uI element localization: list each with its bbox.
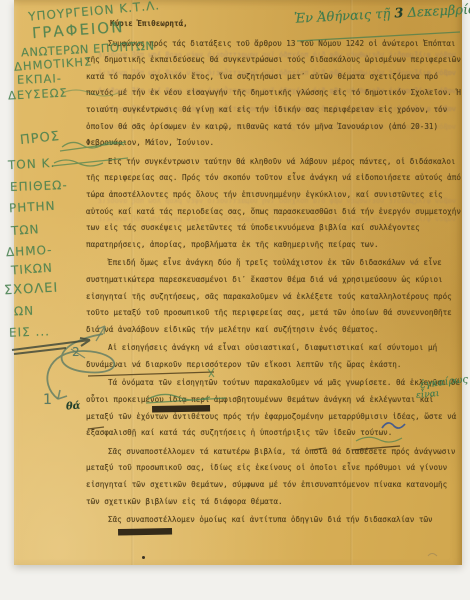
- handwritten-number-one: 1: [43, 392, 52, 408]
- paragraph-3: Ἐπειδή ὅμως εἶνε ἀνάγκη δύο ἤ τρεῖς τοὐλ…: [86, 255, 462, 338]
- margin-note-recipient-line: ΕΠΙΘΕΩ-: [10, 178, 68, 194]
- ink-dot: [142, 556, 145, 559]
- paragraph-5: Τά ὀνόματα τῶν εἰσηγητῶν τούτων παρακαλο…: [86, 375, 462, 441]
- margin-note-recipient-line: ΤΟΝ Κ.: [8, 156, 56, 172]
- handwritten-number-two: 2: [72, 345, 80, 359]
- margin-note-recipient-line: ΡΗΤΗΝ: [9, 199, 56, 215]
- typed-letter-body: Κύριε Ἐπιθεωρητά, Συμφώνως πρός τάς διατ…: [86, 16, 462, 531]
- paper-sheet: ναβὸν φιλξμααδιὲ υδειωθμὲν ωβφ διὰ πολχπ…: [14, 0, 462, 565]
- margin-note-recipient-line: ΤΩΝ: [11, 222, 40, 238]
- handwritten-insert-einai: εἶναι: [416, 389, 440, 401]
- paragraph-2: Εἰς τήν συγκέντρωσιν ταύτην θά κληθοῦν ν…: [86, 154, 462, 254]
- margin-note-office-line: ΕΚΠΑΙ-: [17, 71, 62, 87]
- scanned-document-page: { "document_type": "typewritten letter (…: [0, 0, 470, 600]
- margin-note-recipient-line: ΣΧΟΛΕΙ: [4, 281, 59, 299]
- paragraph-4: Αἱ εἰσηγήσεις ἀνάγκη νά εἶναι οὐσιαστικα…: [86, 340, 462, 373]
- margin-note-recipient-line: ΔΗΜΟ-: [6, 243, 53, 259]
- margin-note-recipient-line: ΩΝ: [14, 304, 35, 319]
- handwritten-insert-tha: θά: [66, 401, 81, 413]
- paragraph-7: Σᾶς συναποστέλλομεν ὁμοίως καί ἀντίτυπα …: [86, 512, 462, 529]
- margin-note-recipient-line: ΕΙΣ ...: [9, 324, 50, 339]
- paragraph-6: Σᾶς συναποστέλλομεν τά κατωτέρω βιβλία, …: [86, 444, 462, 510]
- margin-note-recipient-line: ΤΙΚΩΝ: [11, 261, 54, 278]
